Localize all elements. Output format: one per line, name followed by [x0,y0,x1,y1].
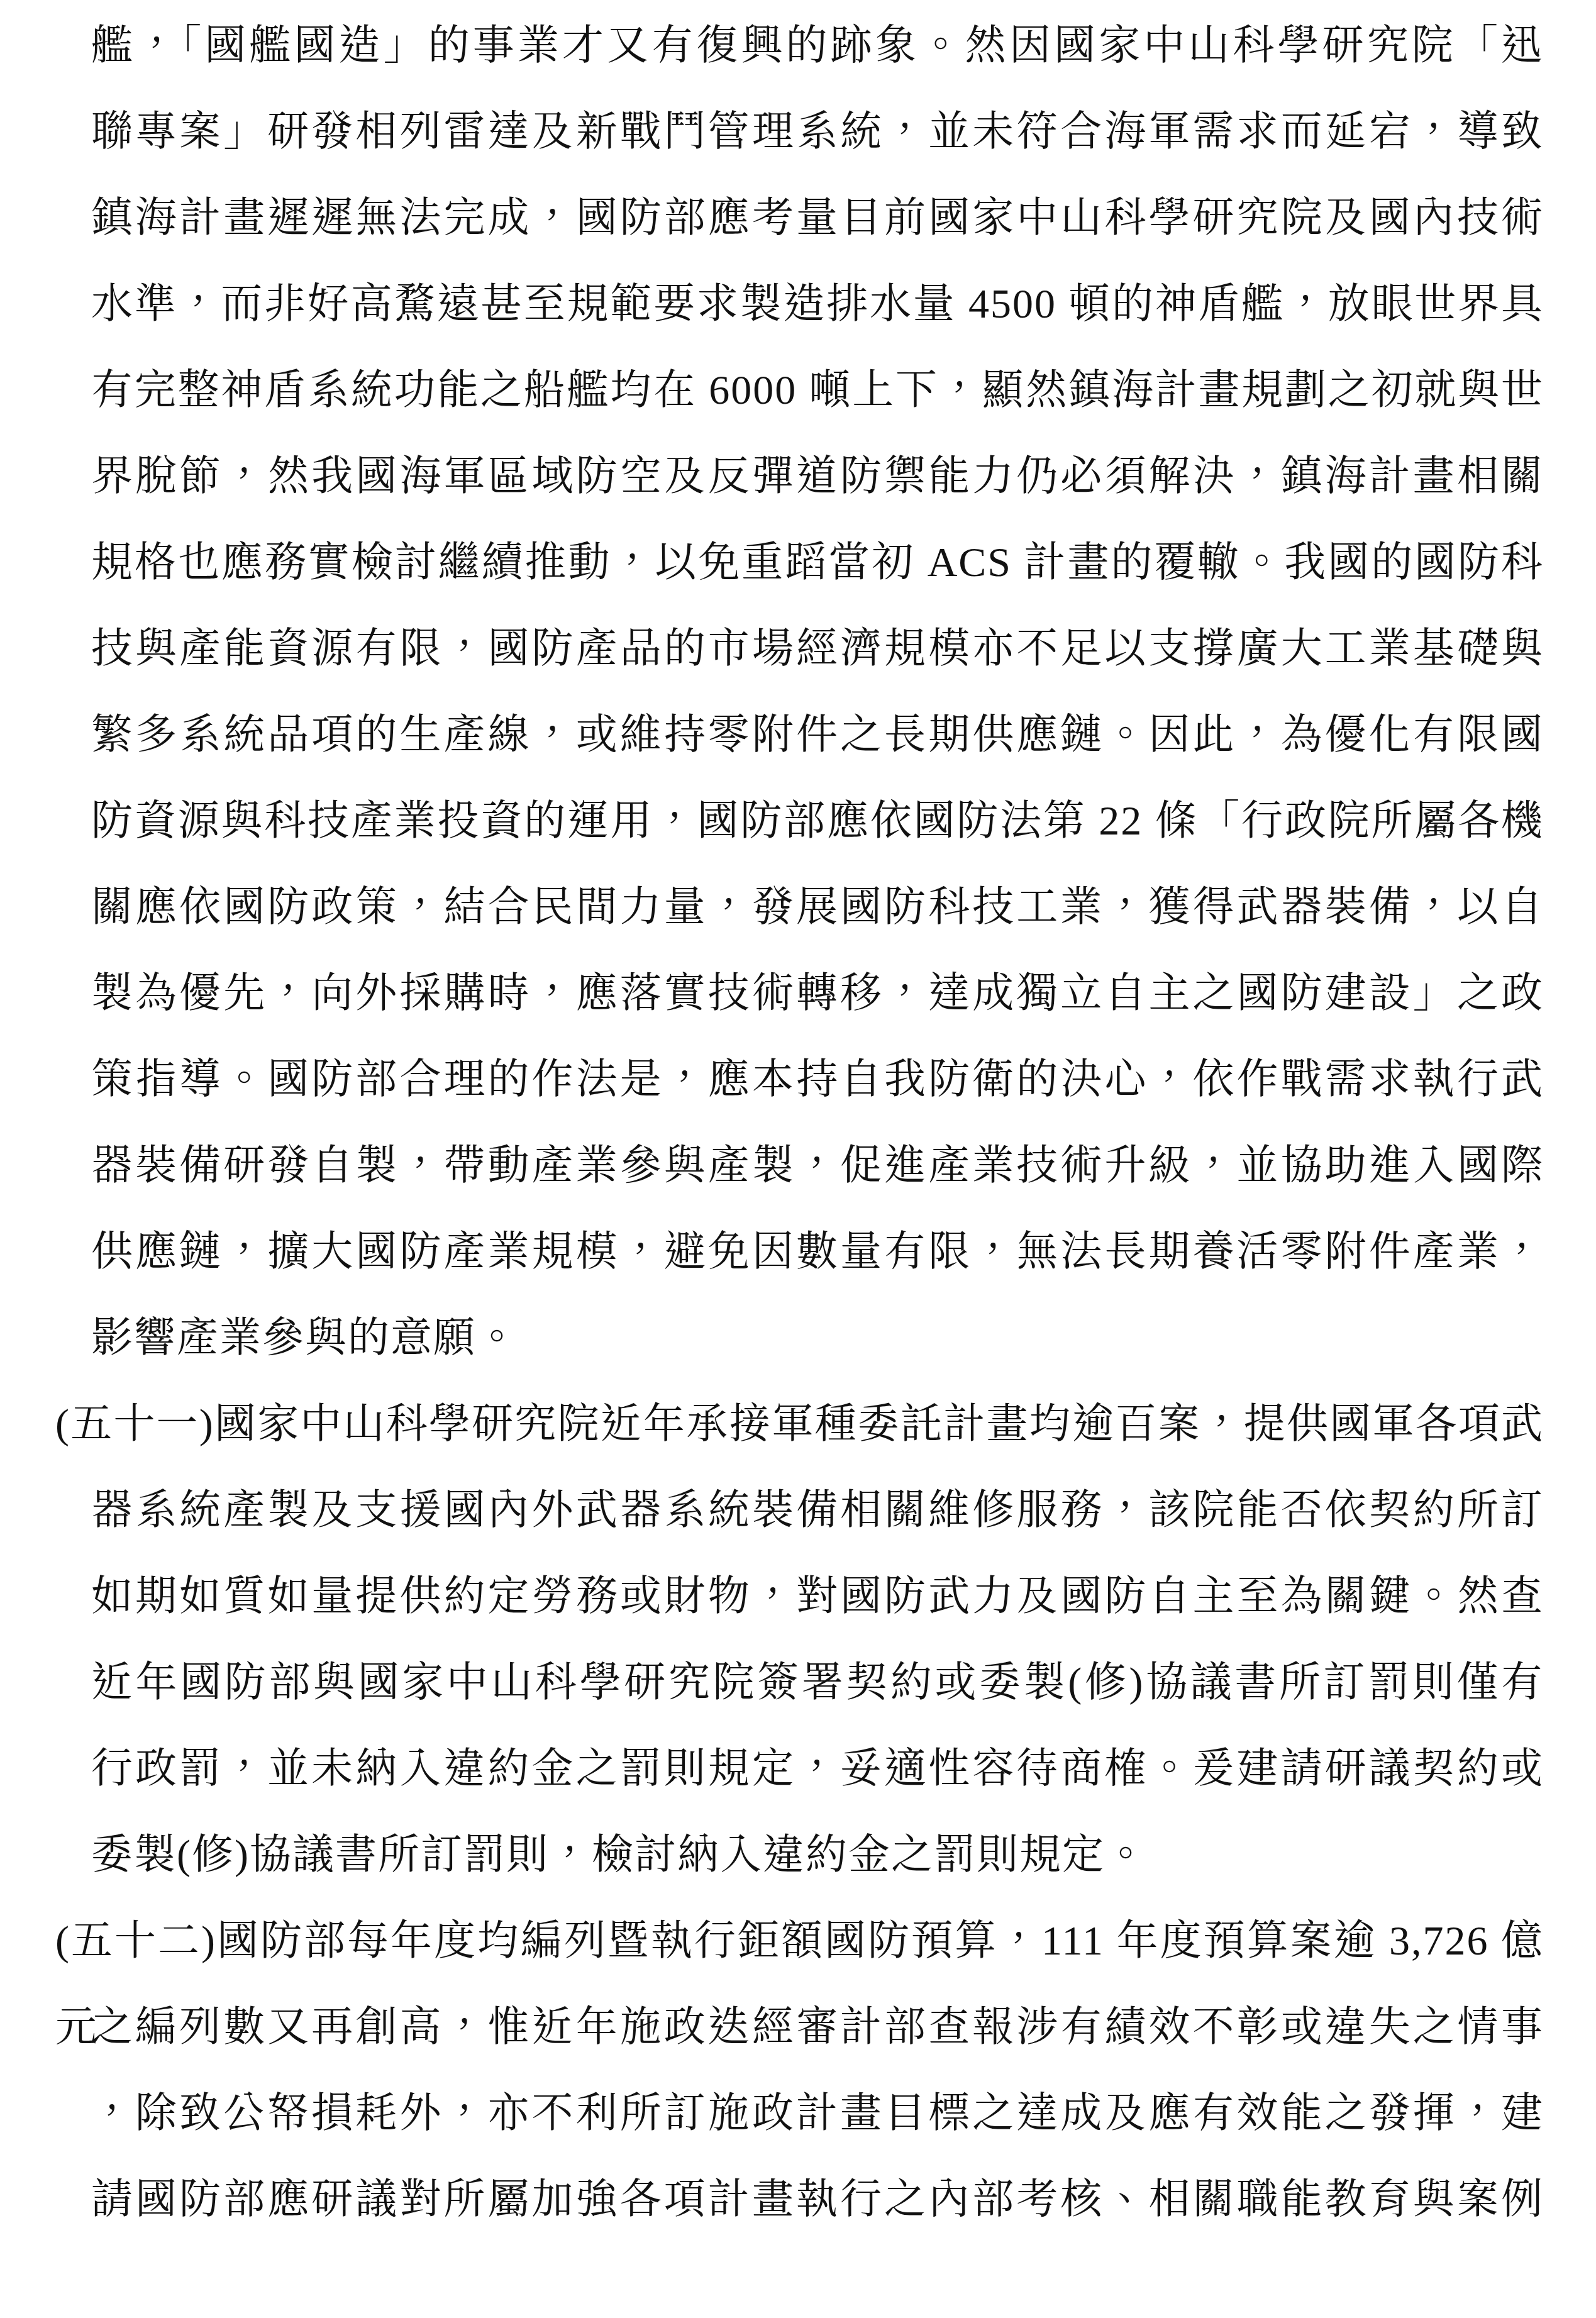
text-line: 供應鏈，擴大國防產業規模，避免因數量有限，無法長期養活零附件產業， [0,1209,1596,1295]
text-line: 影響產業參與的意願。 [0,1295,1596,1381]
text-line: 如期如質如量提供約定勞務或財物，對國防武力及國防自主至為關鍵。然查 [0,1553,1596,1639]
text-line: 艦，「國艦國造」的事業才又有復興的跡象。然因國家中山科學研究院「迅 [0,3,1596,89]
text-line: 防資源與科技產業投資的運用，國防部應依國防法第 22 條「行政院所屬各機 [0,778,1596,864]
text-line: 行政罰，並未納入違約金之罰則規定，妥適性容待商榷。爰建請研議契約或 [0,1726,1596,1812]
text-line: 水準，而非好高騖遠甚至規範要求製造排水量 4500 頓的神盾艦，放眼世界具 [0,261,1596,347]
scanned-page: 艦，「國艦國造」的事業才又有復興的跡象。然因國家中山科學研究院「迅聯專案」研發相… [0,0,1596,2318]
text-line: 聯專案」研發相列雷達及新戰鬥管理系統，並未符合海軍需求而延宕，導致 [0,89,1596,175]
text-line: 關應依國防政策，結合民間力量，發展國防科技工業，獲得武器裝備，以自 [0,864,1596,950]
text-line: 器系統產製及支援國內外武器系統裝備相關維修服務，該院能否依契約所訂 [0,1467,1596,1553]
text-line: 器裝備研發自製，帶動產業參與產製，促進產業技術升級，並協助進入國際 [0,1123,1596,1209]
text-line: 界脫節，然我國海軍區域防空及反彈道防禦能力仍必須解決，鎮海計畫相關 [0,433,1596,519]
text-line: 製為優先，向外採購時，應落實技術轉移，達成獨立自主之國防建設」之政 [0,950,1596,1036]
document-text-block: 艦，「國艦國造」的事業才又有復興的跡象。然因國家中山科學研究院「迅聯專案」研發相… [0,3,1596,2243]
text-line: 規格也應務實檢討繼續推動，以免重蹈當初 ACS 計畫的覆轍。我國的國防科 [0,519,1596,606]
text-line: 策指導。國防部合理的作法是，應本持自我防衛的決心，依作戰需求執行武 [0,1036,1596,1123]
text-line: 請國防部應研議對所屬加強各項計畫執行之內部考核、相關職能教育與案例 [0,2156,1596,2243]
text-line: 近年國防部與國家中山科學研究院簽署契約或委製(修)協議書所訂罰則僅有 [0,1639,1596,1726]
text-line: ，除致公帑損耗外，亦不利所訂施政計畫目標之達成及應有效能之發揮，建 [0,2070,1596,2156]
text-line: 繁多系統品項的生產線，或維持零附件之長期供應鏈。因此，為優化有限國 [0,692,1596,778]
text-line: (五十二)國防部每年度均編列暨執行鉅額國防預算，111 年度預算案逾 3,726… [0,1898,1596,1984]
text-line: 鎮海計畫遲遲無法完成，國防部應考量目前國家中山科學研究院及國內技術 [0,175,1596,261]
text-line: 之編列數又再創高，惟近年施政迭經審計部查報涉有績效不彰或違失之情事 [0,1984,1596,2070]
text-line: 技與產能資源有限，國防產品的市場經濟規模亦不足以支撐廣大工業基礎與 [0,606,1596,692]
text-line: 委製(修)協議書所訂罰則，檢討納入違約金之罰則規定。 [0,1812,1596,1898]
text-line: (五十一)國家中山科學研究院近年承接軍種委託計畫均逾百案，提供國軍各項武 [0,1381,1596,1467]
text-line: 有完整神盾系統功能之船艦均在 6000 噸上下，顯然鎮海計畫規劃之初就與世 [0,347,1596,433]
